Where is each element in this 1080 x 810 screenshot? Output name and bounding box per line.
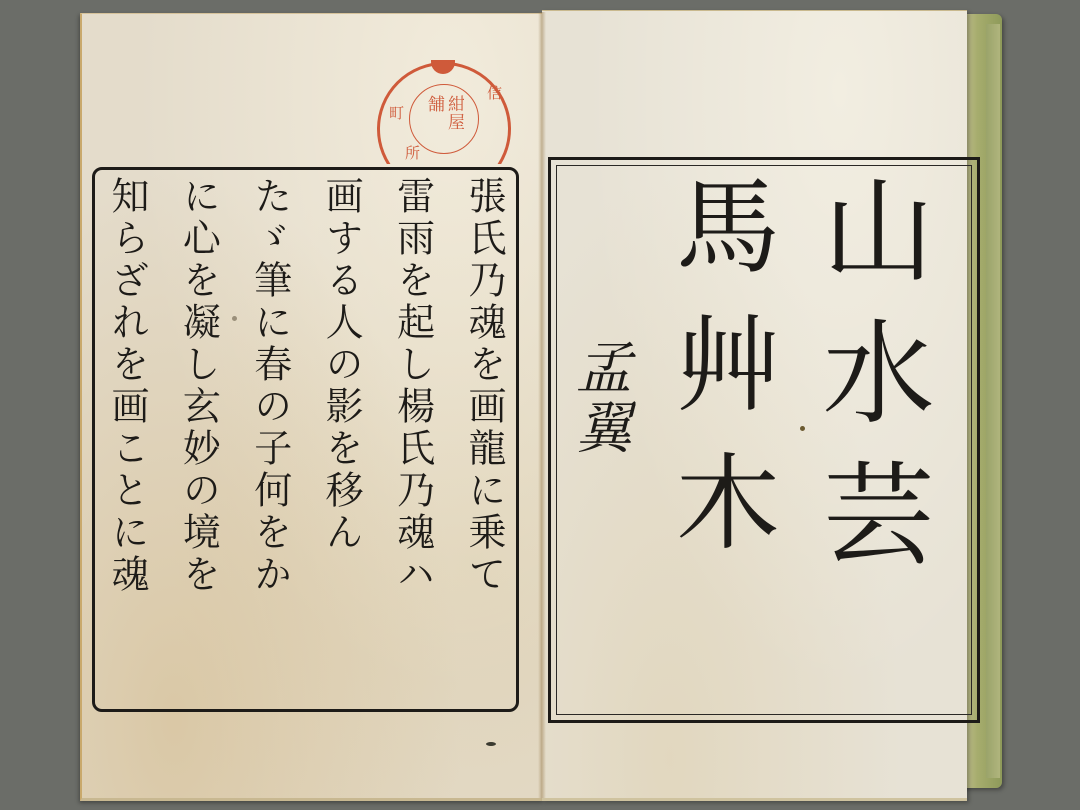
stamp-ring-text-bottom: 所 <box>405 142 420 163</box>
stamp-inner-circle: 紺屋舗 <box>409 84 479 154</box>
text-column: 雷雨を起し楊氏乃魂ハ <box>389 176 437 703</box>
paper-spot <box>232 316 237 321</box>
text-column: たゞ筆に春の子何をか <box>246 176 294 703</box>
stamp-ring-text-right: 信 <box>487 82 502 103</box>
text-column: 画する人の影を移ん <box>317 176 365 703</box>
preface-text-frame: 張氏乃魂を画龍に乗て 雷雨を起し楊氏乃魂ハ 画する人の影を移ん たゞ筆に春の子何… <box>92 167 519 712</box>
paper-spot <box>800 426 805 431</box>
ink-blot <box>486 742 496 746</box>
title-sub: 馬艸木 <box>659 172 779 586</box>
text-column: 張氏乃魂を画龍に乗て <box>460 176 508 703</box>
stamp-ring-text-left: 町 <box>389 102 404 123</box>
artist-signature: 孟翼 <box>569 338 629 458</box>
red-seal-stamp: 町 信 所 紺屋舗 <box>375 62 515 164</box>
text-column: に心を凝し玄妙の境を <box>174 176 222 703</box>
text-column: 知らざれを画ことに魂 <box>103 176 151 703</box>
title-frame: 山水芸 馬艸木 孟翼 <box>548 157 980 723</box>
open-book: 町 信 所 紺屋舗 張氏乃魂を画龍に乗て 雷雨を起し楊氏乃魂ハ 画する人の影を移… <box>0 0 1080 810</box>
title-main: 山水芸 <box>809 172 929 598</box>
stamp-inner-text: 紺屋舗 <box>424 95 464 143</box>
book-gutter <box>538 12 546 798</box>
preface-columns: 張氏乃魂を画龍に乗て 雷雨を起し楊氏乃魂ハ 画する人の影を移ん たゞ筆に春の子何… <box>103 176 508 703</box>
